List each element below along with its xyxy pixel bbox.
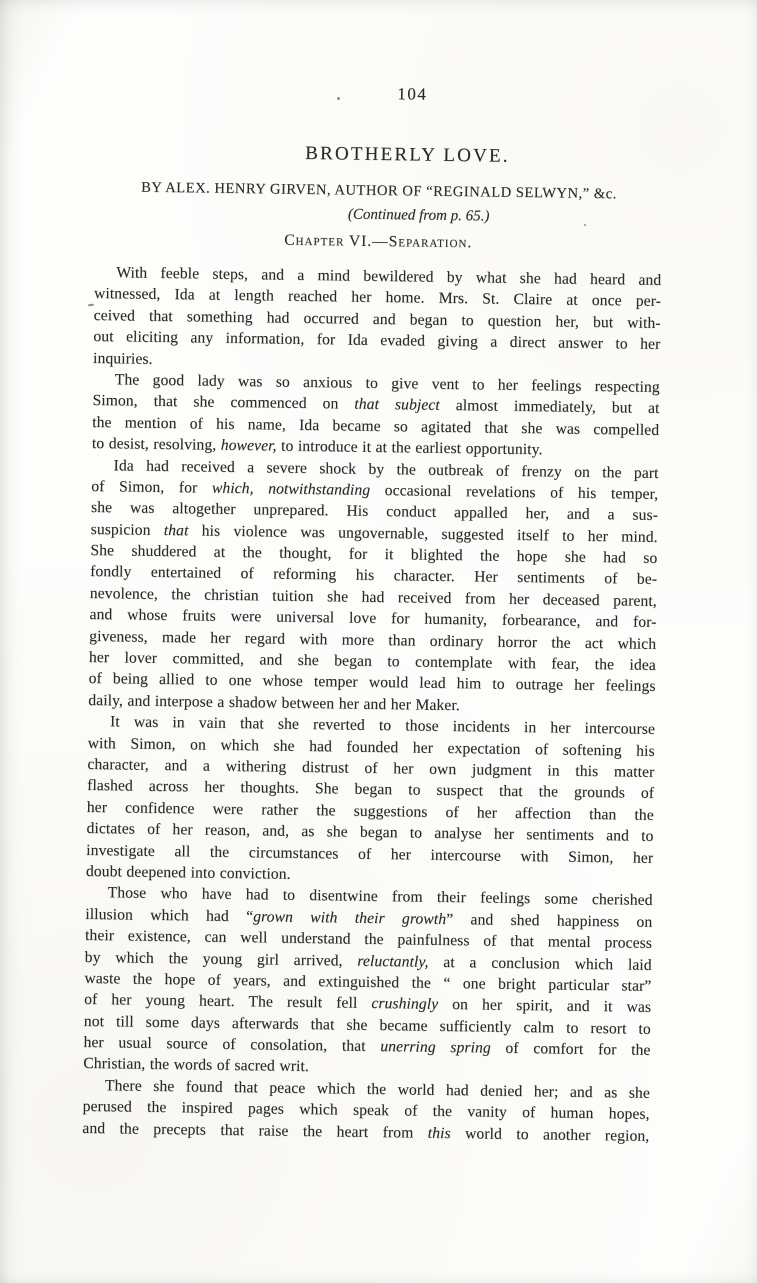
article-title: BROTHERLY LOVE.: [124, 140, 691, 170]
paragraph: The good lady was so anxious to give ven…: [92, 369, 660, 462]
page-number: 104: [129, 80, 696, 108]
continuation-note: (Continued from p. 65.): [135, 204, 702, 229]
article-body: With feeble steps, and a mind bewildered…: [82, 262, 661, 1147]
byline: BY ALEX. HENRY GIRVEN, AUTHOR OF “REGINA…: [95, 179, 662, 204]
page-content: 104 BROTHERLY LOVE. BY ALEX. HENRY GIRVE…: [82, 80, 664, 1147]
scanned-page: 104 BROTHERLY LOVE. BY ALEX. HENRY GIRVE…: [0, 0, 757, 1283]
paragraph: Those who have had to disentwine from th…: [83, 882, 653, 1082]
paragraph: It was in vain that she reverted to thos…: [86, 711, 655, 890]
paragraph: With feeble steps, and a mind bewildered…: [93, 262, 661, 377]
paragraph: There she found that peace which the wor…: [82, 1075, 650, 1147]
chapter-heading: Chapter VI.—Separation.: [95, 229, 662, 255]
paragraph: Ida had received a severe shock by the o…: [88, 454, 659, 719]
